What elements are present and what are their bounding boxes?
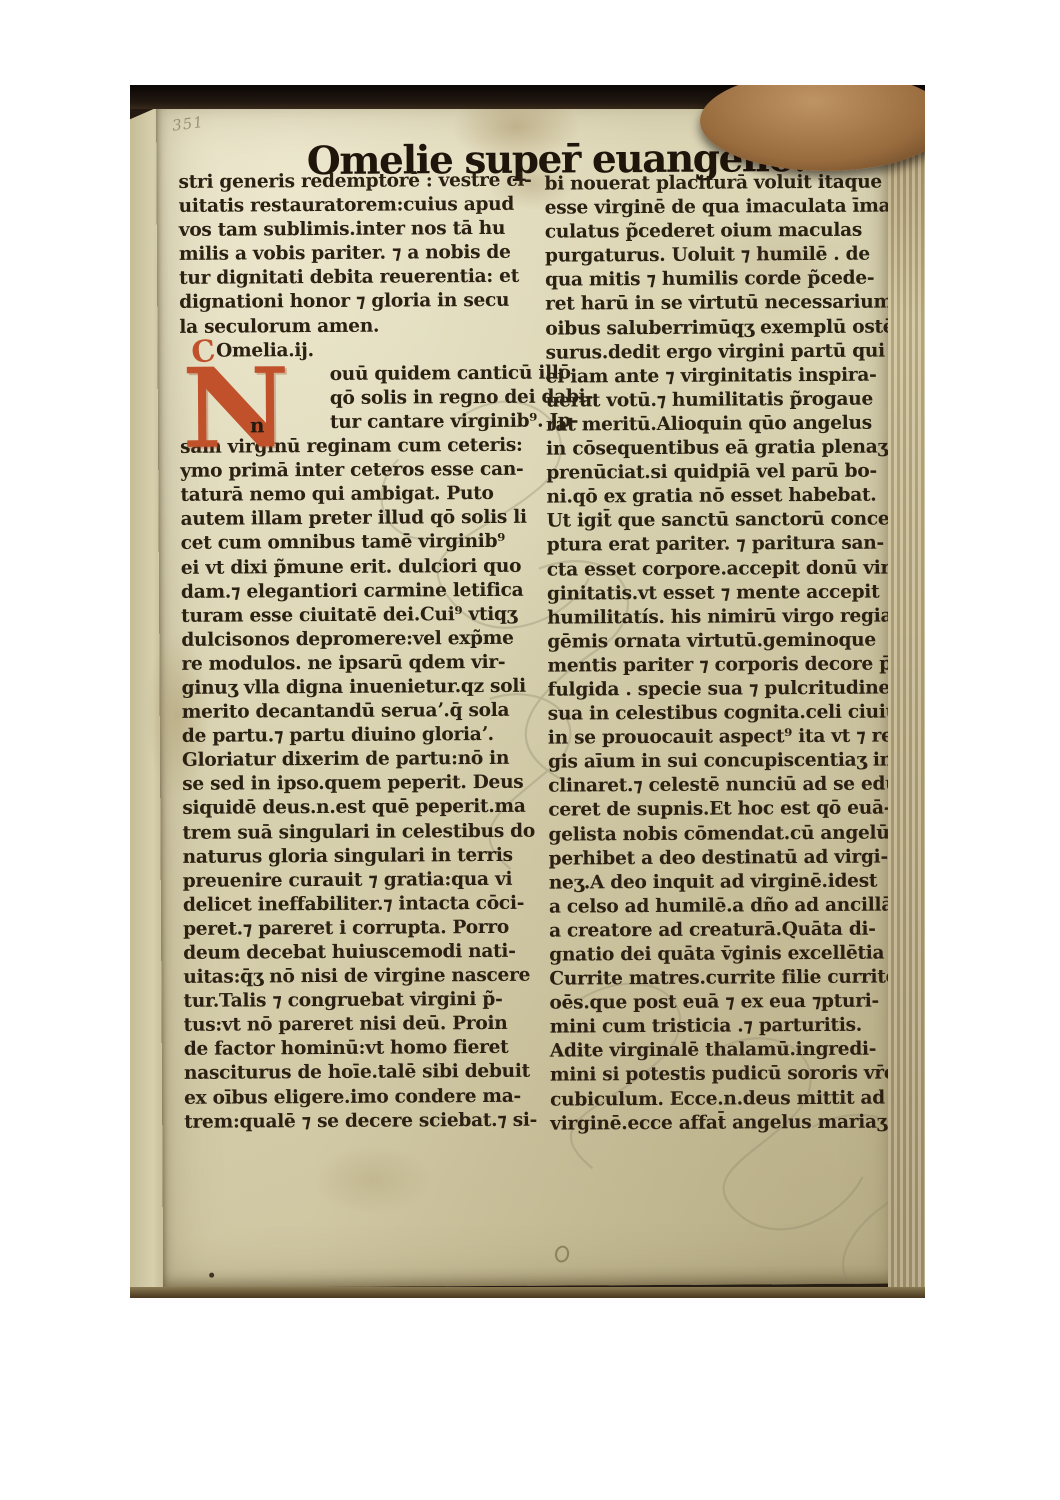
text-line: cet cum omnibus tamē virginib⁹ — [181, 530, 543, 556]
text-line: taturā nemo qui ambigat. Puto — [180, 482, 542, 508]
text-line: prenūciat.si quidpiā vel parū bo- — [546, 460, 912, 486]
text-line: ginitatis.vt esset ⁊ mente accepit — [547, 580, 913, 606]
text-line: dulcisonos depromere:vel exp̃me — [181, 626, 543, 652]
text-line: mini si potestis pudicū sororis vr̄e — [550, 1062, 916, 1088]
text-line: ei vt dixi p̃mune erit. dulciori quo — [181, 554, 543, 580]
text-line: re modulos. ne ipsarū qdem vir- — [181, 651, 543, 677]
text-line: de partu.⁊ partu diuino gloriaʼ. — [182, 723, 544, 749]
text-line: mini cum tristicia .⁊ parturitis. — [550, 1014, 916, 1040]
text-line: preuenire curauit ⁊ gratia:qua vi — [183, 867, 545, 893]
text-line: se sed in ipso.quem peperit. Deus — [182, 771, 544, 797]
text-line: autem illam preter illud qō solis li — [180, 506, 542, 532]
text-line: fulgida . specie sua ⁊ pulcritudine — [548, 676, 914, 702]
text-line: oēs.que post euā ⁊ ex eua ⁊pturi- — [549, 990, 915, 1016]
text-line: vos tam sublimis.inter nos tā hu — [179, 217, 541, 243]
text-line: oibus saluberrimūqʒ exemplū ostē — [545, 315, 911, 341]
text-line: uitatis restauratorem:cuius apud — [179, 193, 541, 219]
right-column-lines: bi nouerat placiturā voluit itaqueesse v… — [544, 170, 916, 1136]
left-text-column: stri generis redemptorē : vestre ci-uita… — [178, 169, 546, 1135]
book-fore-edge — [888, 145, 925, 1292]
text-line: trem:qualē ⁊ se decere sciebat.⁊ si- — [184, 1108, 546, 1134]
text-line: perhibet a deo destinatū ad virgi- — [549, 845, 915, 871]
left-paragraph-1: stri generis redemptorē : vestre ci-uita… — [178, 169, 541, 340]
drop-cap-guide-letter: n — [250, 413, 264, 437]
text-line: ginuʒ vlla digna inuenietur.qz soli — [182, 675, 544, 701]
text-line: in se prouocauit aspect⁹ ita vt ⁊ re — [548, 725, 914, 751]
handwritten-folio-number: 351 — [171, 113, 205, 135]
text-line: mentis pariter ⁊ corporis decore p̄ — [547, 652, 913, 678]
text-line: ex oībus eligere.imo condere ma- — [184, 1084, 546, 1110]
drop-cap-block: N n ouū quidem canticū illōqō solis in r… — [180, 361, 542, 435]
text-line: ptura erat pariter. ⁊ paritura san- — [547, 532, 913, 558]
text-line: turam esse ciuitatē dei.Cui⁹ vtiqʒ — [181, 602, 543, 628]
text-line: Gloriatur dixerim de partu:nō in — [182, 747, 544, 773]
text-line: de factor hominū:vt homo fieret — [184, 1036, 546, 1062]
text-line: la seculorum amen. — [179, 313, 541, 339]
text-line: Adite virginalē thalamū.ingredi- — [550, 1038, 916, 1064]
text-line: gelista nobis cōmendat.cū angelū — [548, 821, 914, 847]
text-line: uitas:q̄ʒ nō nisi de virgine nascere — [183, 964, 545, 990]
text-line: sua in celestibus cognita.celi ciuiū — [548, 700, 914, 726]
text-line: ei iam ante ⁊ virginitatis inspira- — [546, 363, 912, 389]
text-line: humilitatís. his nimirū virgo regia — [547, 604, 913, 630]
text-line: qua mitis ⁊ humilis corde p̃cede- — [545, 267, 911, 293]
page-bottom-edge — [130, 1287, 925, 1298]
drop-cap-initial-N: N — [182, 353, 290, 463]
text-line: stri generis redemptorē : vestre ci- — [178, 169, 540, 195]
text-line: peret.⁊ pareret i corrupta. Porro — [183, 916, 545, 942]
text-line: naturus gloria singulari in terris — [183, 843, 545, 869]
text-line: purgaturus. Uoluit ⁊ humilē . de — [545, 243, 911, 269]
text-line: Ut igit̄ que sanctū sanctorū conce — [547, 508, 913, 534]
text-line: Currite matres.currite filie currite — [549, 965, 915, 991]
text-line: neʒ.A deo inquit ad virginē.idest — [549, 869, 915, 895]
book-page-photo: 351 Omelie super̄ euangelio: stri generi… — [130, 85, 925, 1298]
text-line: gēmis ornata virtutū.geminoque — [547, 628, 913, 654]
stain-speck — [209, 1273, 214, 1278]
text-line: milis a vobis pariter. ⁊ a nobis de — [179, 241, 541, 267]
text-line: bi nouerat placiturā voluit itaque — [544, 170, 910, 196]
right-text-column: bi nouerat placiturā voluit itaqueesse v… — [544, 170, 916, 1136]
text-line: tur.Talis ⁊ congruebat virgini p̃- — [183, 988, 545, 1014]
text-line: cta esset corpore.accepit donū vir- — [547, 556, 913, 582]
ink-ring-mark — [553, 1244, 570, 1263]
parchment-leaf: 351 Omelie super̄ euangelio: stri generi… — [156, 96, 900, 1287]
text-line: rat meritū.Alioquin qūo angelus — [546, 411, 912, 437]
text-line: uerat votū.⁊ humilitatis p̃rogaue — [546, 387, 912, 413]
text-line: surus.dedit ergo virgini partū qui — [545, 339, 911, 365]
text-line: tus:vt nō pareret nisi deū. Proin — [184, 1012, 546, 1038]
text-line: merito decantandū seruaʼ.q̄ sola — [182, 699, 544, 725]
left-paragraph-rest: sam virginū reginam cum ceteris:ymo prim… — [180, 434, 546, 1135]
text-line: dam.⁊ elegantiori carmine letifica — [181, 578, 543, 604]
stain — [312, 1144, 432, 1215]
text-line: virginē.ecce affat̄ angelus mariaʒ — [550, 1110, 916, 1136]
text-line: in cōsequentibus eā gratia plenaʒ — [546, 435, 912, 461]
text-line: esse virginē de qua imaculata īma — [545, 194, 911, 220]
text-line: gnatio dei quāta v̄ginis excellētia — [549, 941, 915, 967]
text-line: siquidē deus.n.est quē peperit.ma — [182, 795, 544, 821]
text-line: gis aīum in sui concupiscentiaʒ in — [548, 749, 914, 775]
text-line: a celso ad humilē.a dño ad ancillā — [549, 893, 915, 919]
text-line: ni.qō ex gratia nō esset habebat. — [546, 484, 912, 510]
text-line: a creatore ad creaturā.Quāta di- — [549, 917, 915, 943]
text-line: cubiculum. Ecce.n.deus mittit ad — [550, 1086, 916, 1112]
text-line: nasciturus de hoīe.talē sibi debuit — [184, 1060, 546, 1086]
text-line: culatus p̃cederet oium maculas — [545, 219, 911, 245]
text-line: deum decebat huiuscemodi nati- — [183, 940, 545, 966]
text-line: trem suā singulari in celestibus do — [182, 819, 544, 845]
text-line: ret harū in se virtutū necessarium — [545, 291, 911, 317]
text-line: dignationi honor ⁊ gloria in secu — [179, 289, 541, 315]
text-line: ceret de supnis.Et hoc est qō euā- — [548, 797, 914, 823]
text-line: clinaret.⁊ celestē nunciū ad se edu — [548, 773, 914, 799]
text-line: delicet ineffabiliter.⁊ intacta cōci- — [183, 891, 545, 917]
text-line: tur dignitati debita reuerentia: et — [179, 265, 541, 291]
